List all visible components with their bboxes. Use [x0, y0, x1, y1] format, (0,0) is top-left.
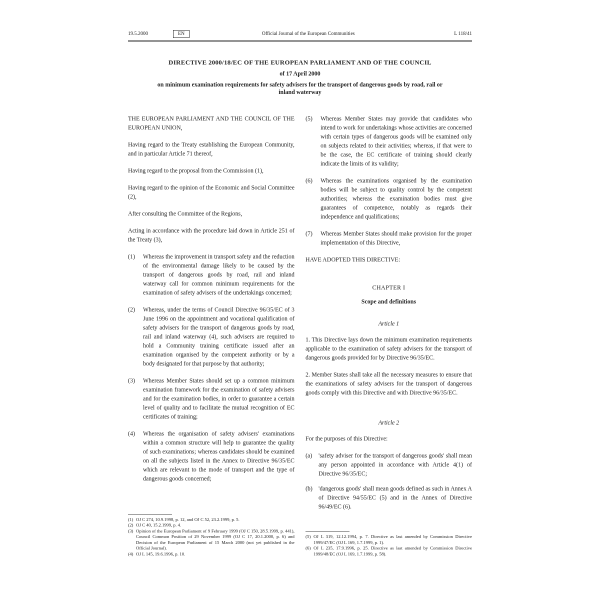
footnote-text: Opinion of the European Parliament of 9 … [136, 528, 295, 551]
official-journal-page: 19.5.2000 EN Official Journal of the Eur… [128, 0, 472, 557]
recital: (1) Whereas the improvement in transport… [128, 252, 295, 297]
article-2-label: Article 2 [306, 418, 473, 427]
citation-paragraph: Having regard to the Treaty establishing… [128, 140, 295, 158]
recital-number: (1) [128, 252, 143, 297]
directive-title: DIRECTIVE 2000/18/EC OF THE EUROPEAN PAR… [128, 59, 472, 67]
footnote: (3) Opinion of the European Parliament o… [128, 528, 295, 551]
citation-paragraph: After consulting the Committee of the Re… [128, 209, 295, 218]
definitions-intro: For the purposes of this Directive: [306, 434, 473, 443]
left-column: THE EUROPEAN PARLIAMENT AND THE COUNCIL … [128, 114, 295, 557]
footnote-marker: (4) [128, 551, 136, 557]
recital: (7) Whereas Member States should make pr… [306, 229, 473, 247]
recital: (4) Whereas the organisation of safety a… [128, 429, 295, 483]
preamble-opening: THE EUROPEAN PARLIAMENT AND THE COUNCIL … [128, 114, 295, 132]
language-badge: EN [173, 30, 190, 38]
recital: (2) Whereas, under the terms of Council … [128, 305, 295, 368]
journal-page-number: L 118/41 [427, 31, 472, 37]
title-block: DIRECTIVE 2000/18/EC OF THE EUROPEAN PAR… [128, 59, 472, 97]
recital: (5) Whereas Member States may provide th… [306, 114, 473, 168]
definition-marker: (a) [306, 451, 319, 478]
definition-list: (a) 'safety adviser for the transport of… [306, 451, 473, 517]
citation-paragraph: Having regard to the proposal from the C… [128, 166, 295, 175]
document-page-wrapper: 19.5.2000 EN Official Journal of the Eur… [0, 0, 600, 600]
directive-subject: on minimum examination requirements for … [152, 81, 448, 96]
recital-number: (2) [128, 305, 143, 368]
footnote-text: OJ L 235, 17.9.1996, p. 25. Directive as… [314, 546, 473, 558]
right-column: (5) Whereas Member States may provide th… [306, 114, 473, 557]
article-1-paragraphs: 1. This Directive lays down the minimum … [306, 335, 473, 405]
definition-item: (b) 'dangerous goods' shall mean goods d… [306, 484, 473, 511]
citation-paragraph: Having regard to the opinion of the Econ… [128, 183, 295, 201]
definition-marker: (b) [306, 484, 319, 511]
recital-list-left: (1) Whereas the improvement in transport… [128, 252, 295, 491]
recital-text: Whereas Member States may provide that c… [321, 114, 473, 168]
footnote: (5) OJ L 319, 12.12.1994, p. 7. Directiv… [306, 534, 473, 546]
directive-date: of 17 April 2000 [128, 70, 472, 78]
article-paragraph: 1. This Directive lays down the minimum … [306, 335, 473, 362]
footnote: (6) OJ L 235, 17.9.1996, p. 25. Directiv… [306, 546, 473, 558]
article-paragraph: 2. Member States shall take all the nece… [306, 370, 473, 397]
body-columns: THE EUROPEAN PARLIAMENT AND THE COUNCIL … [128, 114, 472, 557]
recital-text: Whereas the organisation of safety advis… [143, 429, 295, 483]
definition-item: (a) 'safety adviser for the transport of… [306, 451, 473, 478]
recital: (6) Whereas the examinations organised b… [306, 176, 473, 221]
footnote: (4) OJ L 145, 19.6.1996, p. 10. [128, 551, 295, 557]
citation-paragraph: Acting in accordance with the procedure … [128, 226, 295, 244]
journal-header: 19.5.2000 EN Official Journal of the Eur… [128, 30, 472, 42]
chapter-title: Scope and definitions [306, 297, 473, 306]
citation-list: Having regard to the Treaty establishing… [128, 140, 295, 252]
definition-text: 'dangerous goods' shall mean goods defin… [319, 484, 473, 511]
journal-date: 19.5.2000 [128, 31, 173, 37]
footnote-marker: (3) [128, 528, 136, 551]
recital-list-right: (5) Whereas Member States may provide th… [306, 114, 473, 255]
definition-text: 'safety adviser for the transport of dan… [319, 451, 473, 478]
recital-text: Whereas Member States should make provis… [321, 229, 473, 247]
recital-number: (6) [306, 176, 321, 221]
footnote-text: OJ L 145, 19.6.1996, p. 10. [136, 551, 295, 557]
recital-number: (3) [128, 376, 143, 421]
footnotes-right: (5) OJ L 319, 12.12.1994, p. 7. Directiv… [306, 532, 473, 558]
recital-text: Whereas, under the terms of Council Dire… [143, 305, 295, 368]
recital-number: (7) [306, 229, 321, 247]
article-1-label: Article 1 [306, 319, 473, 328]
recital-text: Whereas Member States should set up a co… [143, 376, 295, 421]
footnote-marker: (5) [306, 534, 314, 546]
footnote-marker: (6) [306, 546, 314, 558]
journal-title: Official Journal of the European Communi… [190, 31, 427, 37]
footnote-text: OJ L 319, 12.12.1994, p. 7. Directive as… [314, 534, 473, 546]
recital-number: (4) [128, 429, 143, 483]
enacting-formula: HAVE ADOPTED THIS DIRECTIVE: [306, 255, 473, 264]
recital-text: Whereas the examinations organised by th… [321, 176, 473, 221]
recital-text: Whereas the improvement in transport saf… [143, 252, 295, 297]
recital-number: (5) [306, 114, 321, 168]
recital: (3) Whereas Member States should set up … [128, 376, 295, 421]
chapter-label: CHAPTER I [306, 283, 473, 292]
footnotes-left: (1) OJ C 274, 10.9.1998, p. 12, and OJ C… [128, 514, 295, 557]
